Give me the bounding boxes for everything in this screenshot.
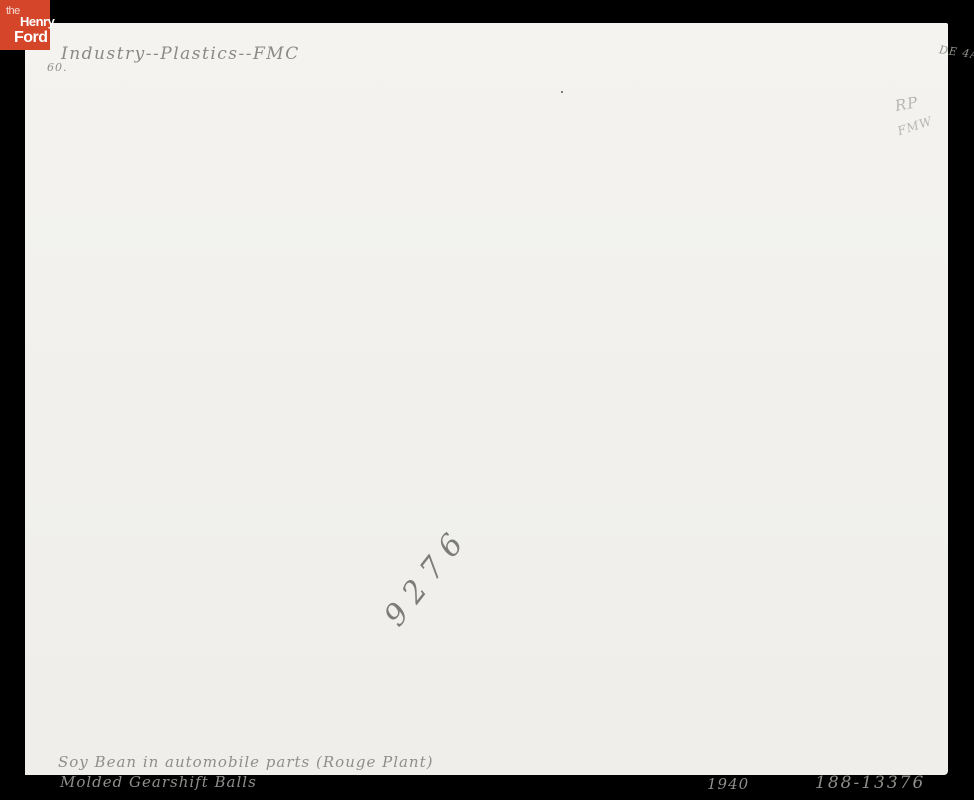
negative-number-annotation: 188-13376 xyxy=(815,773,925,793)
description-annotation: Molded Gearshift Balls xyxy=(60,773,257,791)
photo-verso-paper: Industry--Plastics--FMC 60. DE 4A RP FMW… xyxy=(25,23,948,775)
heading-prefix-annotation: 60. xyxy=(47,61,68,74)
logo-text-henry: Henry xyxy=(20,14,54,29)
year-annotation: 1940 xyxy=(707,775,749,793)
initials-annotation: RP xyxy=(894,93,920,115)
corner-mark-annotation: DE 4A xyxy=(938,44,974,61)
diagonal-number-annotation: 9276 xyxy=(377,520,476,633)
paper-speck xyxy=(561,91,563,93)
logo-text-the: the xyxy=(6,5,20,17)
logo-text-ford: Ford xyxy=(14,29,48,47)
subject-heading-annotation: Industry--Plastics--FMC xyxy=(61,44,300,64)
henry-ford-logo: the Henry Ford xyxy=(0,0,50,50)
initials-annotation: FMW xyxy=(896,114,935,138)
description-annotation: Soy Bean in automobile parts (Rouge Plan… xyxy=(58,753,433,771)
